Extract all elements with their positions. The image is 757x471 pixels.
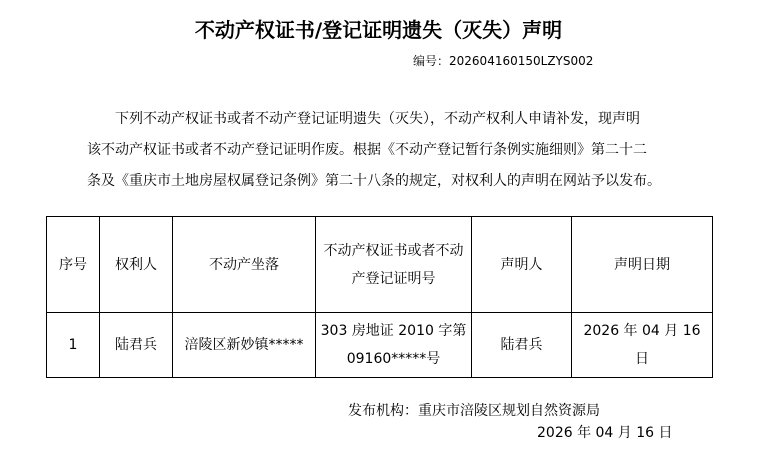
- publisher-name: 重庆市涪陵区规划自然资源局: [418, 403, 600, 419]
- serial-number: 编号：202604160150LZYS002: [413, 52, 593, 69]
- header-certificate-no: 不动产权证书或者不动产登记证明号: [316, 217, 472, 313]
- table-header-row: 序号 权利人 不动产坐落 不动产权证书或者不动产登记证明号 声明人 声明日期: [47, 217, 713, 313]
- cell-certificate-no: 303 房地证 2010 字第 09160*****号: [316, 313, 472, 378]
- declaration-table: 序号 权利人 不动产坐落 不动产权证书或者不动产登记证明号 声明人 声明日期 1…: [46, 216, 713, 378]
- header-owner: 权利人: [100, 217, 173, 313]
- page-title: 不动产权证书/登记证明遗失（灭失）声明: [0, 14, 757, 43]
- table-row: 1 陆君兵 涪陵区新妙镇***** 303 房地证 2010 字第 09160*…: [47, 313, 713, 378]
- paragraph-line: 条及《重庆市土地房屋权属登记条例》第二十八条的规定，对权利人的声明在网站予以发布…: [87, 166, 672, 197]
- header-date: 声明日期: [572, 217, 713, 313]
- serial-value: 202604160150LZYS002: [449, 54, 593, 68]
- header-declarant: 声明人: [472, 217, 572, 313]
- publish-date: 2026 年 04 月 16 日: [537, 422, 673, 442]
- cell-location: 涪陵区新妙镇*****: [173, 313, 316, 378]
- cell-date: 2026 年 04 月 16 日: [572, 313, 713, 378]
- serial-label: 编号：: [413, 54, 449, 68]
- cell-index: 1: [47, 313, 100, 378]
- paragraph-line: 下列不动产权证书或者不动产登记证明遗失（灭失），不动产权利人申请补发，现声明: [87, 104, 672, 135]
- cell-declarant: 陆君兵: [472, 313, 572, 378]
- header-location: 不动产坐落: [173, 217, 316, 313]
- publisher-label: 发布机构：: [348, 403, 418, 419]
- cell-owner: 陆君兵: [100, 313, 173, 378]
- publisher: 发布机构：重庆市涪陵区规划自然资源局: [348, 400, 600, 420]
- paragraph-line: 该不动产权证书或者不动产登记证明作废。根据《不动产登记暂行条例实施细则》第二十二: [87, 135, 672, 166]
- header-index: 序号: [47, 217, 100, 313]
- statement-paragraph: 下列不动产权证书或者不动产登记证明遗失（灭失），不动产权利人申请补发，现声明 该…: [87, 104, 672, 197]
